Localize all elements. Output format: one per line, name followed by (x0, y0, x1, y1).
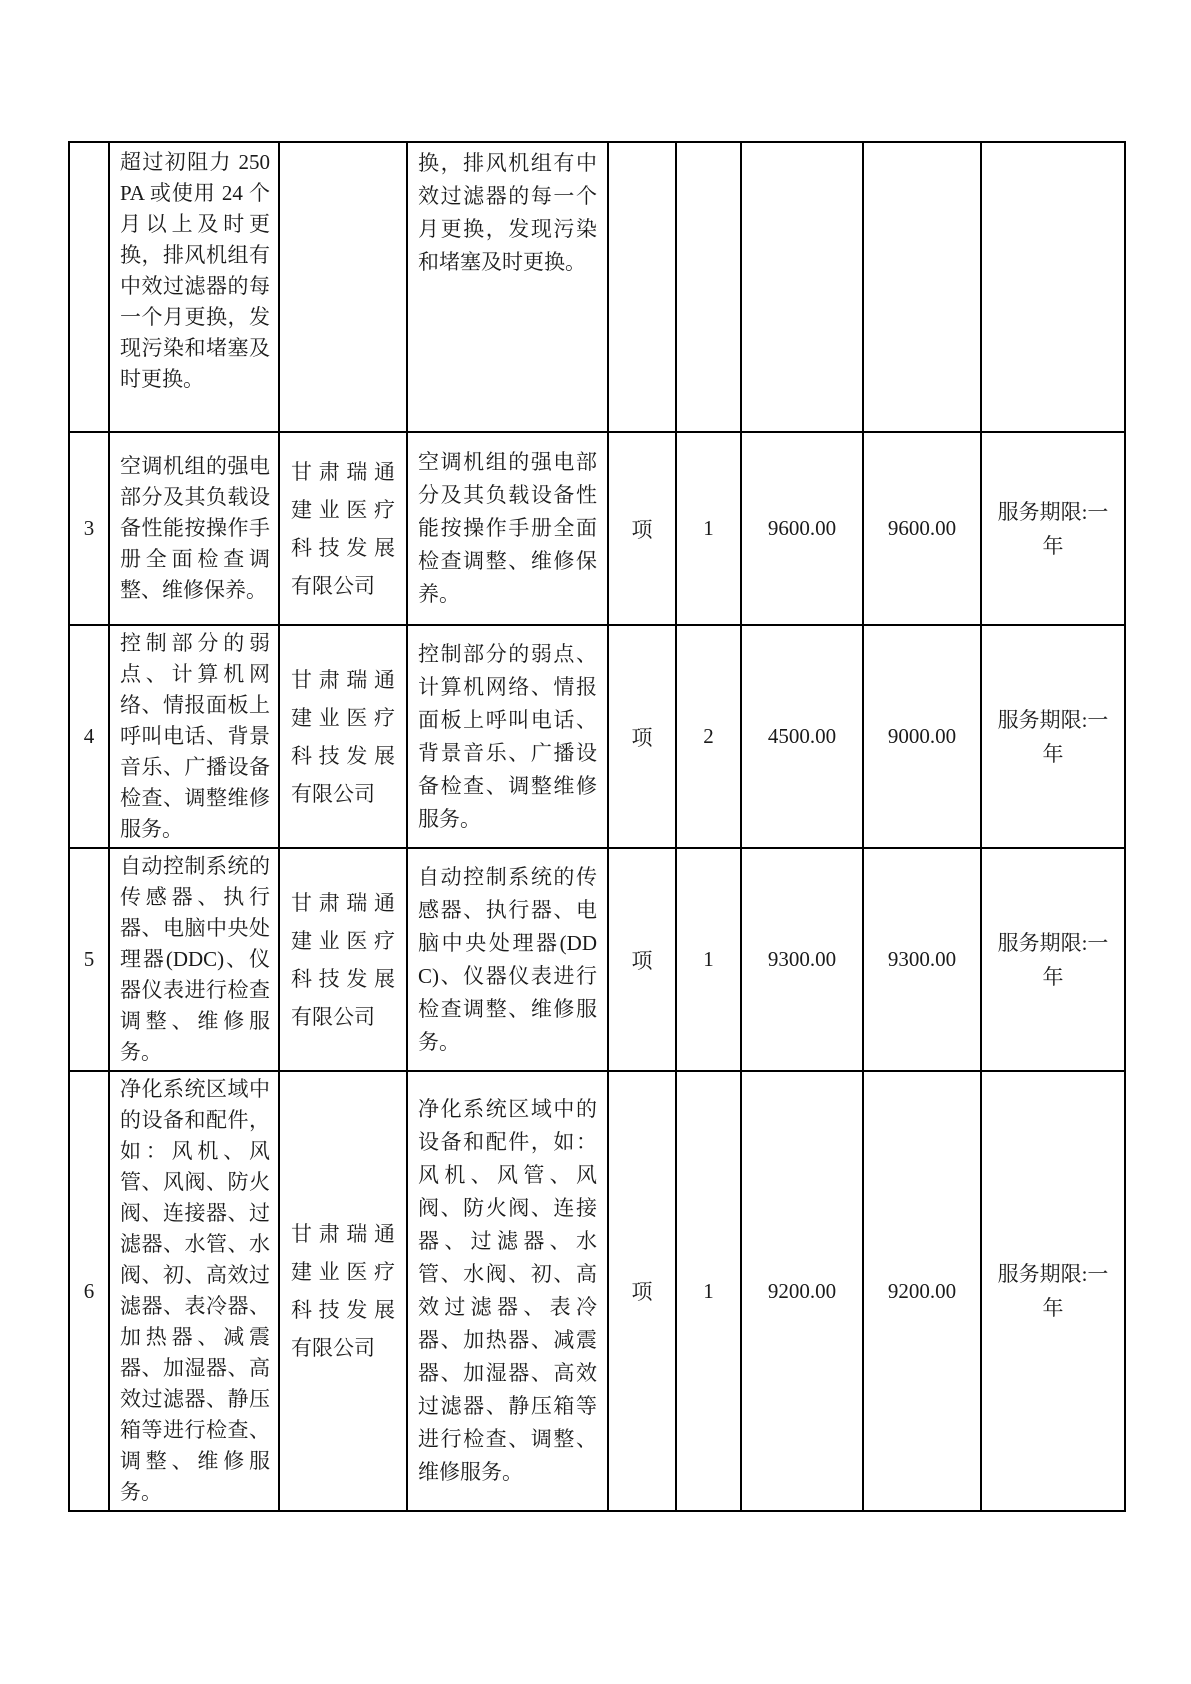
cell-supplier: 甘肃瑞通建业医疗科技发展有限公司 (279, 625, 407, 848)
cell-unit-price (741, 142, 863, 432)
cell-row-no: 6 (69, 1071, 109, 1511)
cell-unit: 项 (608, 625, 676, 848)
cell-quantity: 1 (676, 432, 741, 625)
cell-total-price (863, 142, 981, 432)
document-page: 超过初阻力 250PA 或使用 24 个月以上及时更换，排风机组有中效过滤器的每… (0, 0, 1191, 1684)
cell-service-desc: 净化系统区域中的设备和配件，如：风机、风管、风阀、防火阀、连接器、过滤器、水管、… (109, 1071, 279, 1511)
cell-service-desc: 空调机组的强电部分及其负载设备性能按操作手册全面检查调整、维修保养。 (109, 432, 279, 625)
service-table: 超过初阻力 250PA 或使用 24 个月以上及时更换，排风机组有中效过滤器的每… (68, 141, 1126, 1512)
cell-total-price: 9000.00 (863, 625, 981, 848)
cell-supplier: 甘肃瑞通建业医疗科技发展有限公司 (279, 1071, 407, 1511)
cell-unit: 项 (608, 848, 676, 1071)
cell-total-price: 9300.00 (863, 848, 981, 1071)
cell-service-desc-detail: 自动控制系统的传感器、执行器、电脑中央处理器(DDC)、仪器仪表进行检查调整、维… (407, 848, 608, 1071)
cell-remark: 服务期限:一年 (981, 432, 1125, 625)
cell-row-no: 4 (69, 625, 109, 848)
table-row: 6 净化系统区域中的设备和配件，如：风机、风管、风阀、防火阀、连接器、过滤器、水… (69, 1071, 1125, 1511)
cell-row-no (69, 142, 109, 432)
cell-quantity: 1 (676, 1071, 741, 1511)
cell-unit-price: 9600.00 (741, 432, 863, 625)
cell-service-desc: 自动控制系统的传感器、执行器、电脑中央处理器(DDC)、仪器仪表进行检查调整、维… (109, 848, 279, 1071)
cell-row-no: 5 (69, 848, 109, 1071)
cell-service-desc-detail: 换，排风机组有中效过滤器的每一个月更换，发现污染和堵塞及时更换。 (407, 142, 608, 432)
cell-service-desc-detail: 空调机组的强电部分及其负载设备性能按操作手册全面检查调整、维修保养。 (407, 432, 608, 625)
cell-unit (608, 142, 676, 432)
cell-service-desc-detail: 控制部分的弱点、计算机网络、情报面板上呼叫电话、背景音乐、广播设备检查、调整维修… (407, 625, 608, 848)
table-row: 5 自动控制系统的传感器、执行器、电脑中央处理器(DDC)、仪器仪表进行检查调整… (69, 848, 1125, 1071)
cell-service-desc: 控制部分的弱点、计算机网络、情报面板上呼叫电话、背景音乐、广播设备检查、调整维修… (109, 625, 279, 848)
cell-supplier (279, 142, 407, 432)
cell-total-price: 9600.00 (863, 432, 981, 625)
table-row: 4 控制部分的弱点、计算机网络、情报面板上呼叫电话、背景音乐、广播设备检查、调整… (69, 625, 1125, 848)
cell-supplier: 甘肃瑞通建业医疗科技发展有限公司 (279, 432, 407, 625)
cell-quantity: 2 (676, 625, 741, 848)
cell-unit: 项 (608, 432, 676, 625)
cell-supplier: 甘肃瑞通建业医疗科技发展有限公司 (279, 848, 407, 1071)
cell-unit-price: 9300.00 (741, 848, 863, 1071)
cell-remark: 服务期限:一年 (981, 1071, 1125, 1511)
cell-unit-price: 4500.00 (741, 625, 863, 848)
cell-unit-price: 9200.00 (741, 1071, 863, 1511)
cell-total-price: 9200.00 (863, 1071, 981, 1511)
table-row: 超过初阻力 250PA 或使用 24 个月以上及时更换，排风机组有中效过滤器的每… (69, 142, 1125, 432)
cell-unit: 项 (608, 1071, 676, 1511)
cell-remark: 服务期限:一年 (981, 625, 1125, 848)
cell-service-desc: 超过初阻力 250PA 或使用 24 个月以上及时更换，排风机组有中效过滤器的每… (109, 142, 279, 432)
cell-remark: 服务期限:一年 (981, 848, 1125, 1071)
cell-quantity (676, 142, 741, 432)
cell-row-no: 3 (69, 432, 109, 625)
table-row: 3 空调机组的强电部分及其负载设备性能按操作手册全面检查调整、维修保养。 甘肃瑞… (69, 432, 1125, 625)
cell-service-desc-detail: 净化系统区域中的设备和配件，如：风机、风管、风阀、防火阀、连接器、过滤器、水管、… (407, 1071, 608, 1511)
cell-remark (981, 142, 1125, 432)
cell-quantity: 1 (676, 848, 741, 1071)
